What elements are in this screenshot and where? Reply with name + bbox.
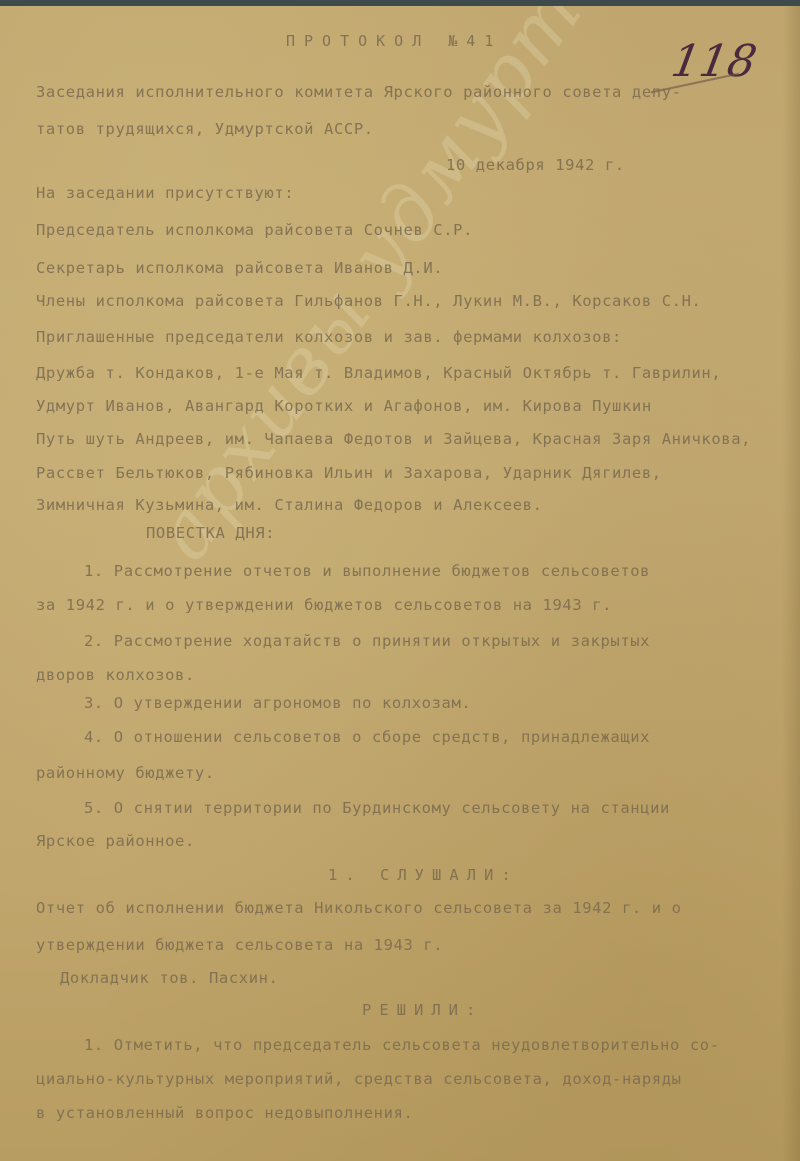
agenda-item-5-line-2: Ярское районное. bbox=[36, 832, 195, 850]
decided-line-1: 1. Отметить, что председатель сельсовета… bbox=[84, 1036, 720, 1054]
agenda-heading: ПОВЕСТКА ДНЯ: bbox=[146, 524, 275, 542]
document-title: ПРОТОКОЛ №41 bbox=[286, 32, 502, 50]
agenda-item-5-line-1: 5. О снятии территории по Бурдинскому се… bbox=[84, 799, 670, 817]
invited-line-6: Зимничная Кузьмина, им. Сталина Федоров … bbox=[36, 496, 543, 514]
chairman-line: Председатель исполкома райсовета Сочнев … bbox=[36, 221, 473, 239]
attendance-label: На заседании присутствуют: bbox=[36, 184, 294, 202]
heard-line-1: Отчет об исполнении бюджета Никольского … bbox=[36, 899, 682, 917]
invited-line-4: Путь шуть Андреев, им. Чапаева Федотов и… bbox=[36, 430, 751, 448]
agenda-item-4-line-2: районному бюджету. bbox=[36, 764, 215, 782]
invited-line-5: Рассвет Бельтюков, Рябиновка Ильин и Зах… bbox=[36, 464, 662, 482]
agenda-item-1-line-2: за 1942 г. и о утверждении бюджетов сель… bbox=[36, 596, 612, 614]
members-line: Члены исполкома райсовета Гильфанов Г.Н.… bbox=[36, 292, 701, 310]
agenda-item-1-line-1: 1. Рассмотрение отчетов и выполнение бюд… bbox=[84, 562, 650, 580]
decided-line-2: циально-культурных мероприятий, средства… bbox=[36, 1070, 682, 1088]
invited-line-2: Дружба т. Кондаков, 1-е Мая т. Владимов,… bbox=[36, 364, 721, 382]
decided-heading: РЕШИЛИ: bbox=[362, 1001, 483, 1019]
agenda-item-3-line-1: 3. О утверждении агрономов по колхозам. bbox=[84, 694, 471, 712]
subtitle-line-2: татов трудящихся, Удмуртской АССР. bbox=[36, 120, 374, 138]
heard-line-2: утверждении бюджета сельсовета на 1943 г… bbox=[36, 936, 443, 954]
heard-speaker: Докладчик тов. Пасхин. bbox=[60, 969, 279, 987]
document-date: 10 декабря 1942 г. bbox=[446, 156, 625, 174]
decided-line-3: в установленный вопрос недовыполнения. bbox=[36, 1104, 413, 1122]
agenda-item-2-line-2: дворов колхозов. bbox=[36, 666, 195, 684]
agenda-item-2-line-1: 2. Рассмотрение ходатайств о принятии от… bbox=[84, 632, 650, 650]
heard-heading: 1. СЛУШАЛИ: bbox=[328, 866, 519, 884]
subtitle-line-1: Заседания исполнительного комитета Ярско… bbox=[36, 83, 682, 101]
secretary-line: Секретарь исполкома райсовета Иванов Д.И… bbox=[36, 259, 443, 277]
agenda-item-4-line-1: 4. О отношении сельсоветов о сборе средс… bbox=[84, 728, 650, 746]
invited-line-3: Удмурт Иванов, Авангард Коротких и Агафо… bbox=[36, 397, 652, 415]
invited-line-1: Приглашенные председатели колхозов и зав… bbox=[36, 328, 622, 346]
document-page: архивы удмуртии ПРОТОКОЛ №41 118 Заседан… bbox=[0, 6, 800, 1161]
